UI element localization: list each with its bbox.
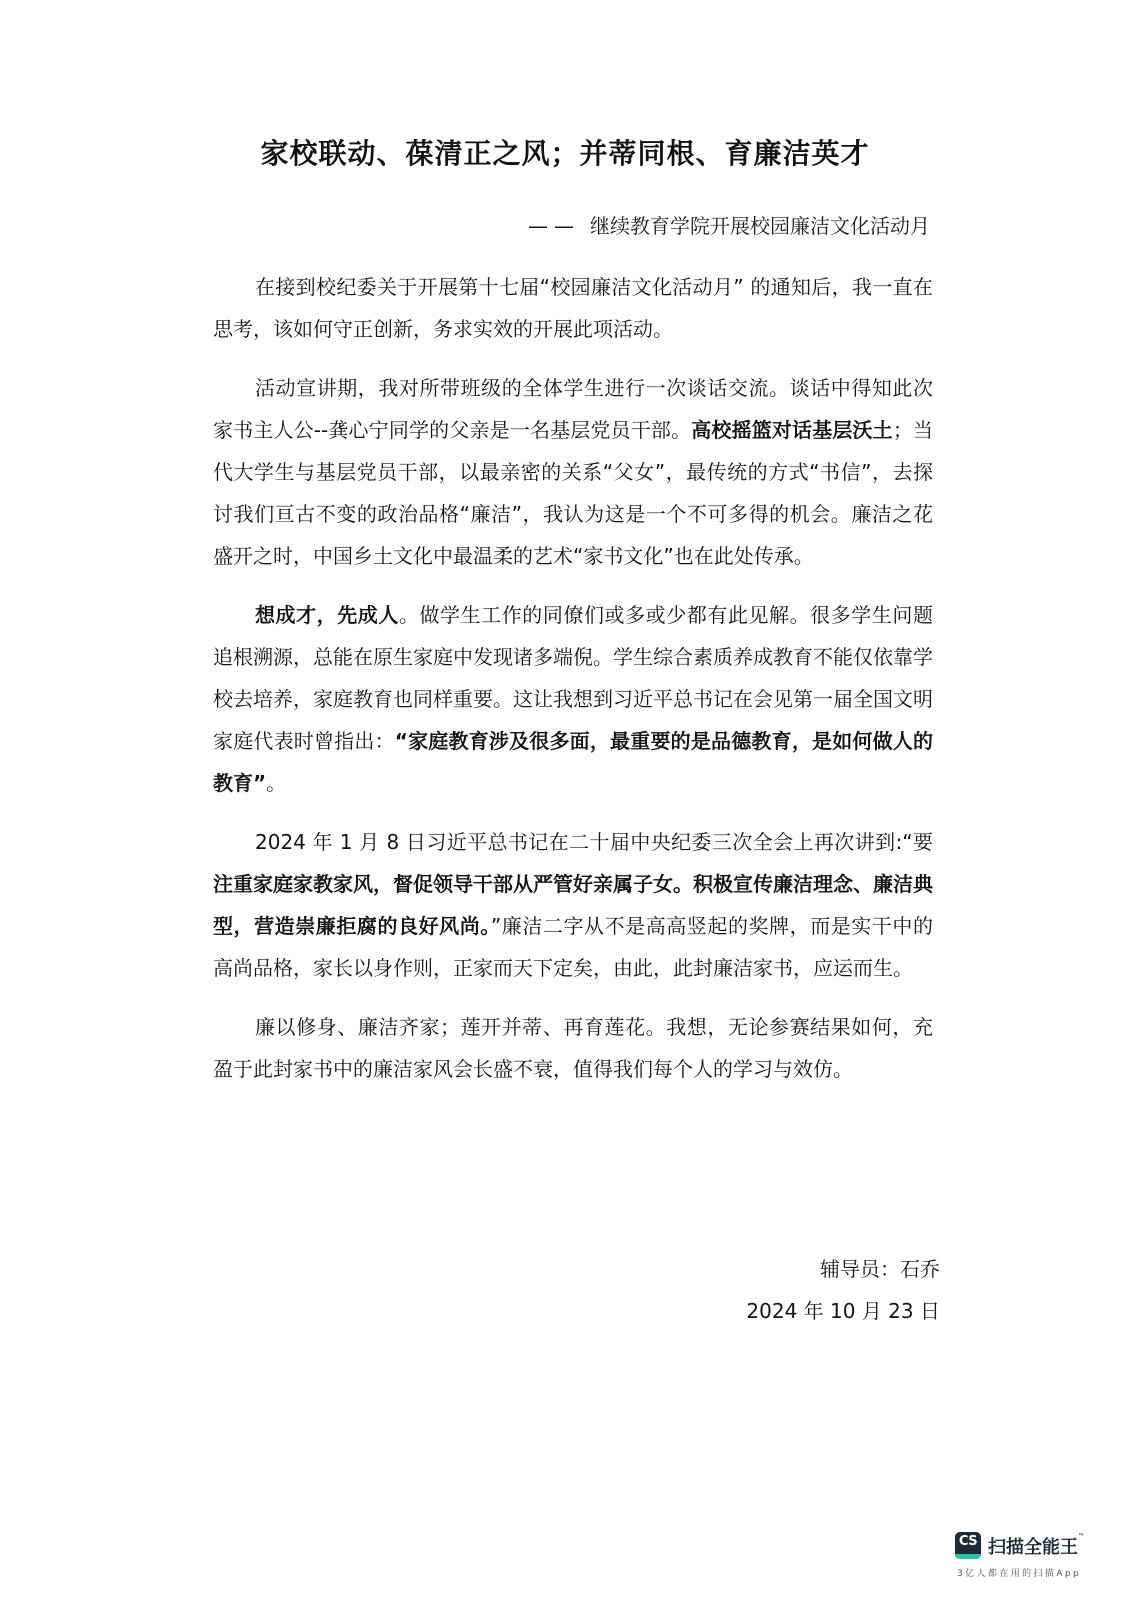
paragraph-segment-bold: 高校摇篮对话基层沃土	[691, 418, 893, 442]
app-name-text: 扫描全能王	[988, 1537, 1078, 1558]
paragraph-4: 2024 年 1 月 8 日习近平总书记在二十届中央纪委三次全会上再次讲到:“要…	[213, 821, 933, 989]
paragraph-3: 想成才，先成人。做学生工作的同僚们或多或少都有此见解。很多学生问题追根溯源，总能…	[213, 594, 933, 804]
document-subtitle: ——继续教育学院开展校园廉洁文化活动月	[528, 210, 930, 239]
subtitle-dash: ——	[528, 214, 580, 238]
paragraph-1: 在接到校纪委关于开展第十七届“校园廉洁文化活动月” 的通知后，我一直在思考，该如…	[213, 266, 933, 350]
document-title: 家校联动、葆清正之风；并蒂同根、育廉洁英才	[0, 132, 1130, 172]
signature-author: 辅导员：石乔	[746, 1248, 940, 1290]
paragraph-5: 廉以修身、廉洁齐家；莲开并蒂、再育莲花。我想，无论参赛结果如何，充盈于此封家书中…	[213, 1006, 933, 1090]
signature-block: 辅导员：石乔 2024 年 10 月 23 日	[746, 1248, 940, 1332]
paragraph-segment-bold: 想成才，先成人	[255, 603, 399, 627]
document-body: 在接到校纪委关于开展第十七届“校园廉洁文化活动月” 的通知后，我一直在思考，该如…	[213, 266, 933, 1107]
scanned-document-page: 家校联动、葆清正之风；并蒂同根、育廉洁英才 ——继续教育学院开展校园廉洁文化活动…	[0, 0, 1130, 1600]
signature-date: 2024 年 10 月 23 日	[746, 1290, 940, 1332]
paragraph-segment: 在接到校纪委关于开展第十七届“校园廉洁文化活动月” 的通知后，我一直在思考，该如…	[213, 275, 933, 341]
watermark-app-name: 扫描全能王™	[988, 1533, 1084, 1559]
watermark-tagline: 3亿人都在用的扫描App	[957, 1566, 1081, 1579]
logo-accent-bar	[955, 1554, 981, 1559]
camscanner-logo-icon: CS	[955, 1532, 981, 1559]
subtitle-text: 继续教育学院开展校园廉洁文化活动月	[590, 214, 930, 238]
paragraph-2: 活动宣讲期，我对所带班级的全体学生进行一次谈话交流。谈话中得知此次家书主人公--…	[213, 367, 933, 577]
paragraph-segment: 2024 年 1 月 8 日习近平总书记在二十届中央纪委三次全会上再次讲到:“要	[255, 830, 933, 854]
camscanner-watermark: CS 扫描全能王™ 3亿人都在用的扫描App	[955, 1532, 1125, 1592]
paragraph-segment: 廉以修身、廉洁齐家；莲开并蒂、再育莲花。我想，无论参赛结果如何，充盈于此封家书中…	[213, 1015, 933, 1081]
logo-text: CS	[955, 1534, 981, 1549]
paragraph-segment: 。	[266, 771, 286, 795]
trademark-symbol: ™	[1078, 1533, 1084, 1540]
